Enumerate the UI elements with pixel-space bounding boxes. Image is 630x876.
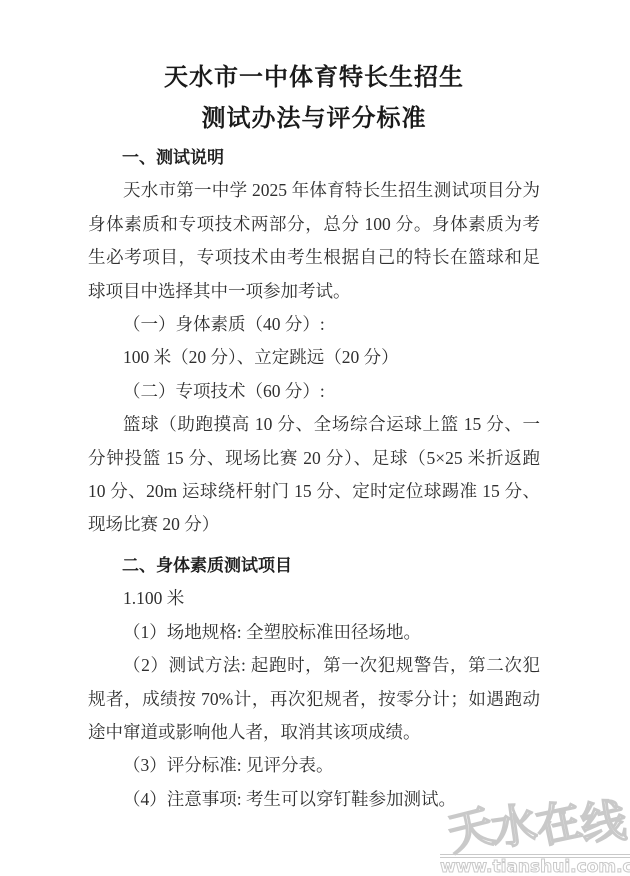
document-body: 一、测试说明天水市第一中学 2025 年体育特长生招生测试项目分为身体素质和专项… — [88, 141, 540, 816]
section-heading: 二、身体素质测试项目 — [88, 549, 540, 582]
paragraph: 100 米（20 分）、立定跳远（20 分） — [88, 341, 540, 374]
paragraph: （一）身体素质（40 分）: — [88, 308, 540, 341]
document-title-line2: 测试办法与评分标准 — [88, 97, 540, 138]
document-title-line1: 天水市一中体育特长生招生 — [88, 56, 540, 97]
paragraph: （1）场地规格: 全塑胶标准田径场地。 — [88, 616, 540, 649]
paragraph: 天水市第一中学 2025 年体育特长生招生测试项目分为身体素质和专项技术两部分，… — [88, 174, 540, 308]
document-title: 天水市一中体育特长生招生 测试办法与评分标准 — [88, 56, 540, 138]
watermark-url: www.tianshui.com.cn — [440, 859, 630, 876]
paragraph: 篮球（助跑摸高 10 分、全场综合运球上篮 15 分、一分钟投篮 15 分、现场… — [88, 408, 540, 542]
document-page: 天水市一中体育特长生招生 测试办法与评分标准 一、测试说明天水市第一中学 202… — [0, 0, 630, 876]
document-content: 天水市一中体育特长生招生 测试办法与评分标准 一、测试说明天水市第一中学 202… — [0, 0, 630, 816]
paragraph: （4）注意事项: 考生可以穿钉鞋参加测试。 — [88, 783, 540, 816]
paragraph: 1.100 米 — [88, 582, 540, 615]
paragraph: （3）评分标准: 见评分表。 — [88, 749, 540, 782]
watermark-rule — [440, 854, 630, 858]
paragraph: （2）测试方法: 起跑时，第一次犯规警告，第二次犯规者，成绩按 70%计，再次犯… — [88, 649, 540, 749]
section-heading: 一、测试说明 — [88, 141, 540, 174]
paragraph: （二）专项技术（60 分）: — [88, 375, 540, 408]
